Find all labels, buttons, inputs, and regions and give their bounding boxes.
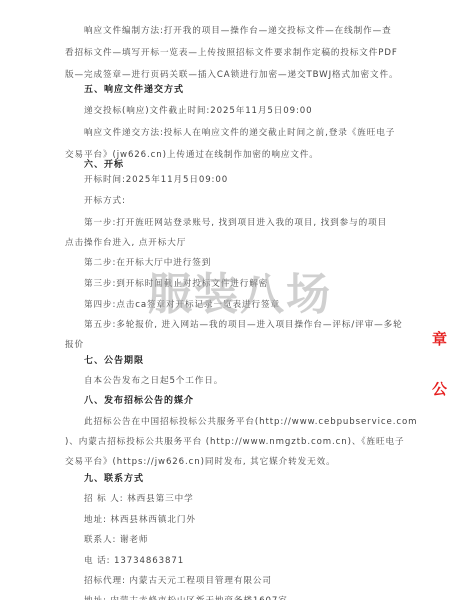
- paragraph-line: 响应文件递交方法:投标人在响应文件的递交截止时间之前,登录《旌旺电子: [84, 128, 404, 139]
- section-heading: 八、发布招标公告的媒介: [84, 396, 404, 407]
- paragraph-line: 招 标 人: 林西县第三中学: [84, 494, 404, 505]
- paragraph-line: 地址: 林西县林西镇北门外: [84, 515, 404, 526]
- paragraph-line: 此招标公告在中国招标投标公共服务平台(http://www.cebpubserv…: [84, 417, 404, 428]
- paragraph-line: 响应文件编制方法:打开我的项目—操作台—递交投标文件—在线制作—查: [84, 26, 404, 37]
- watermark: 服装八场: [148, 258, 332, 322]
- paragraph-line: 电 话: 13734863871: [84, 556, 404, 567]
- paragraph-line: 第一步:打开旌旺网站登录账号, 找到项目进入我的项目, 找到参与的项目: [84, 218, 404, 229]
- paragraph-line: 开标时间:2025年11月5日09:00: [84, 175, 404, 186]
- paragraph-line: 地址: 内蒙古赤峰市松山区新天地商务楼1607室: [84, 596, 404, 600]
- red-seal-stamp: 章: [432, 330, 450, 348]
- document-page: 响应文件编制方法:打开我的项目—操作台—递交投标文件—在线制作—查 看招标文件—…: [0, 0, 450, 600]
- paragraph-line: 点击操作台进入, 点开标大厅: [65, 238, 385, 249]
- paragraph-line: 招标代理: 内蒙古天元工程项目管理有限公司: [84, 576, 404, 587]
- paragraph-line: )、内蒙古招标投标公共服务平台 (http://www.nmgztb.com.c…: [65, 437, 385, 448]
- paragraph-line: 自本公告发布之日起5个工作日。: [84, 376, 404, 387]
- section-heading: 六、开标: [84, 160, 404, 171]
- paragraph-line: 交易平台》(https://jw626.cn)同时发布, 其它媒介转发无效。: [65, 457, 385, 468]
- section-heading: 九、联系方式: [84, 474, 404, 485]
- paragraph-line: 版—完成签章—进行页码关联—插入CA锁进行加密—递交TBWJ格式加密文件。: [65, 70, 385, 81]
- section-heading: 五、响应文件递交方式: [84, 85, 404, 96]
- red-seal-stamp: 公: [432, 380, 450, 398]
- paragraph-line: 报价: [65, 340, 385, 351]
- paragraph-line: 递交投标(响应)文件截止时间:2025年11月5日09:00: [84, 106, 404, 117]
- section-heading: 七、公告期限: [84, 356, 404, 367]
- paragraph-line: 开标方式:: [84, 196, 404, 207]
- paragraph-line: 联系人: 谢老师: [84, 535, 404, 546]
- paragraph-line: 看招标文件—填写开标一览表—上传按照招标文件要求制作定稿的投标文件PDF: [65, 48, 385, 59]
